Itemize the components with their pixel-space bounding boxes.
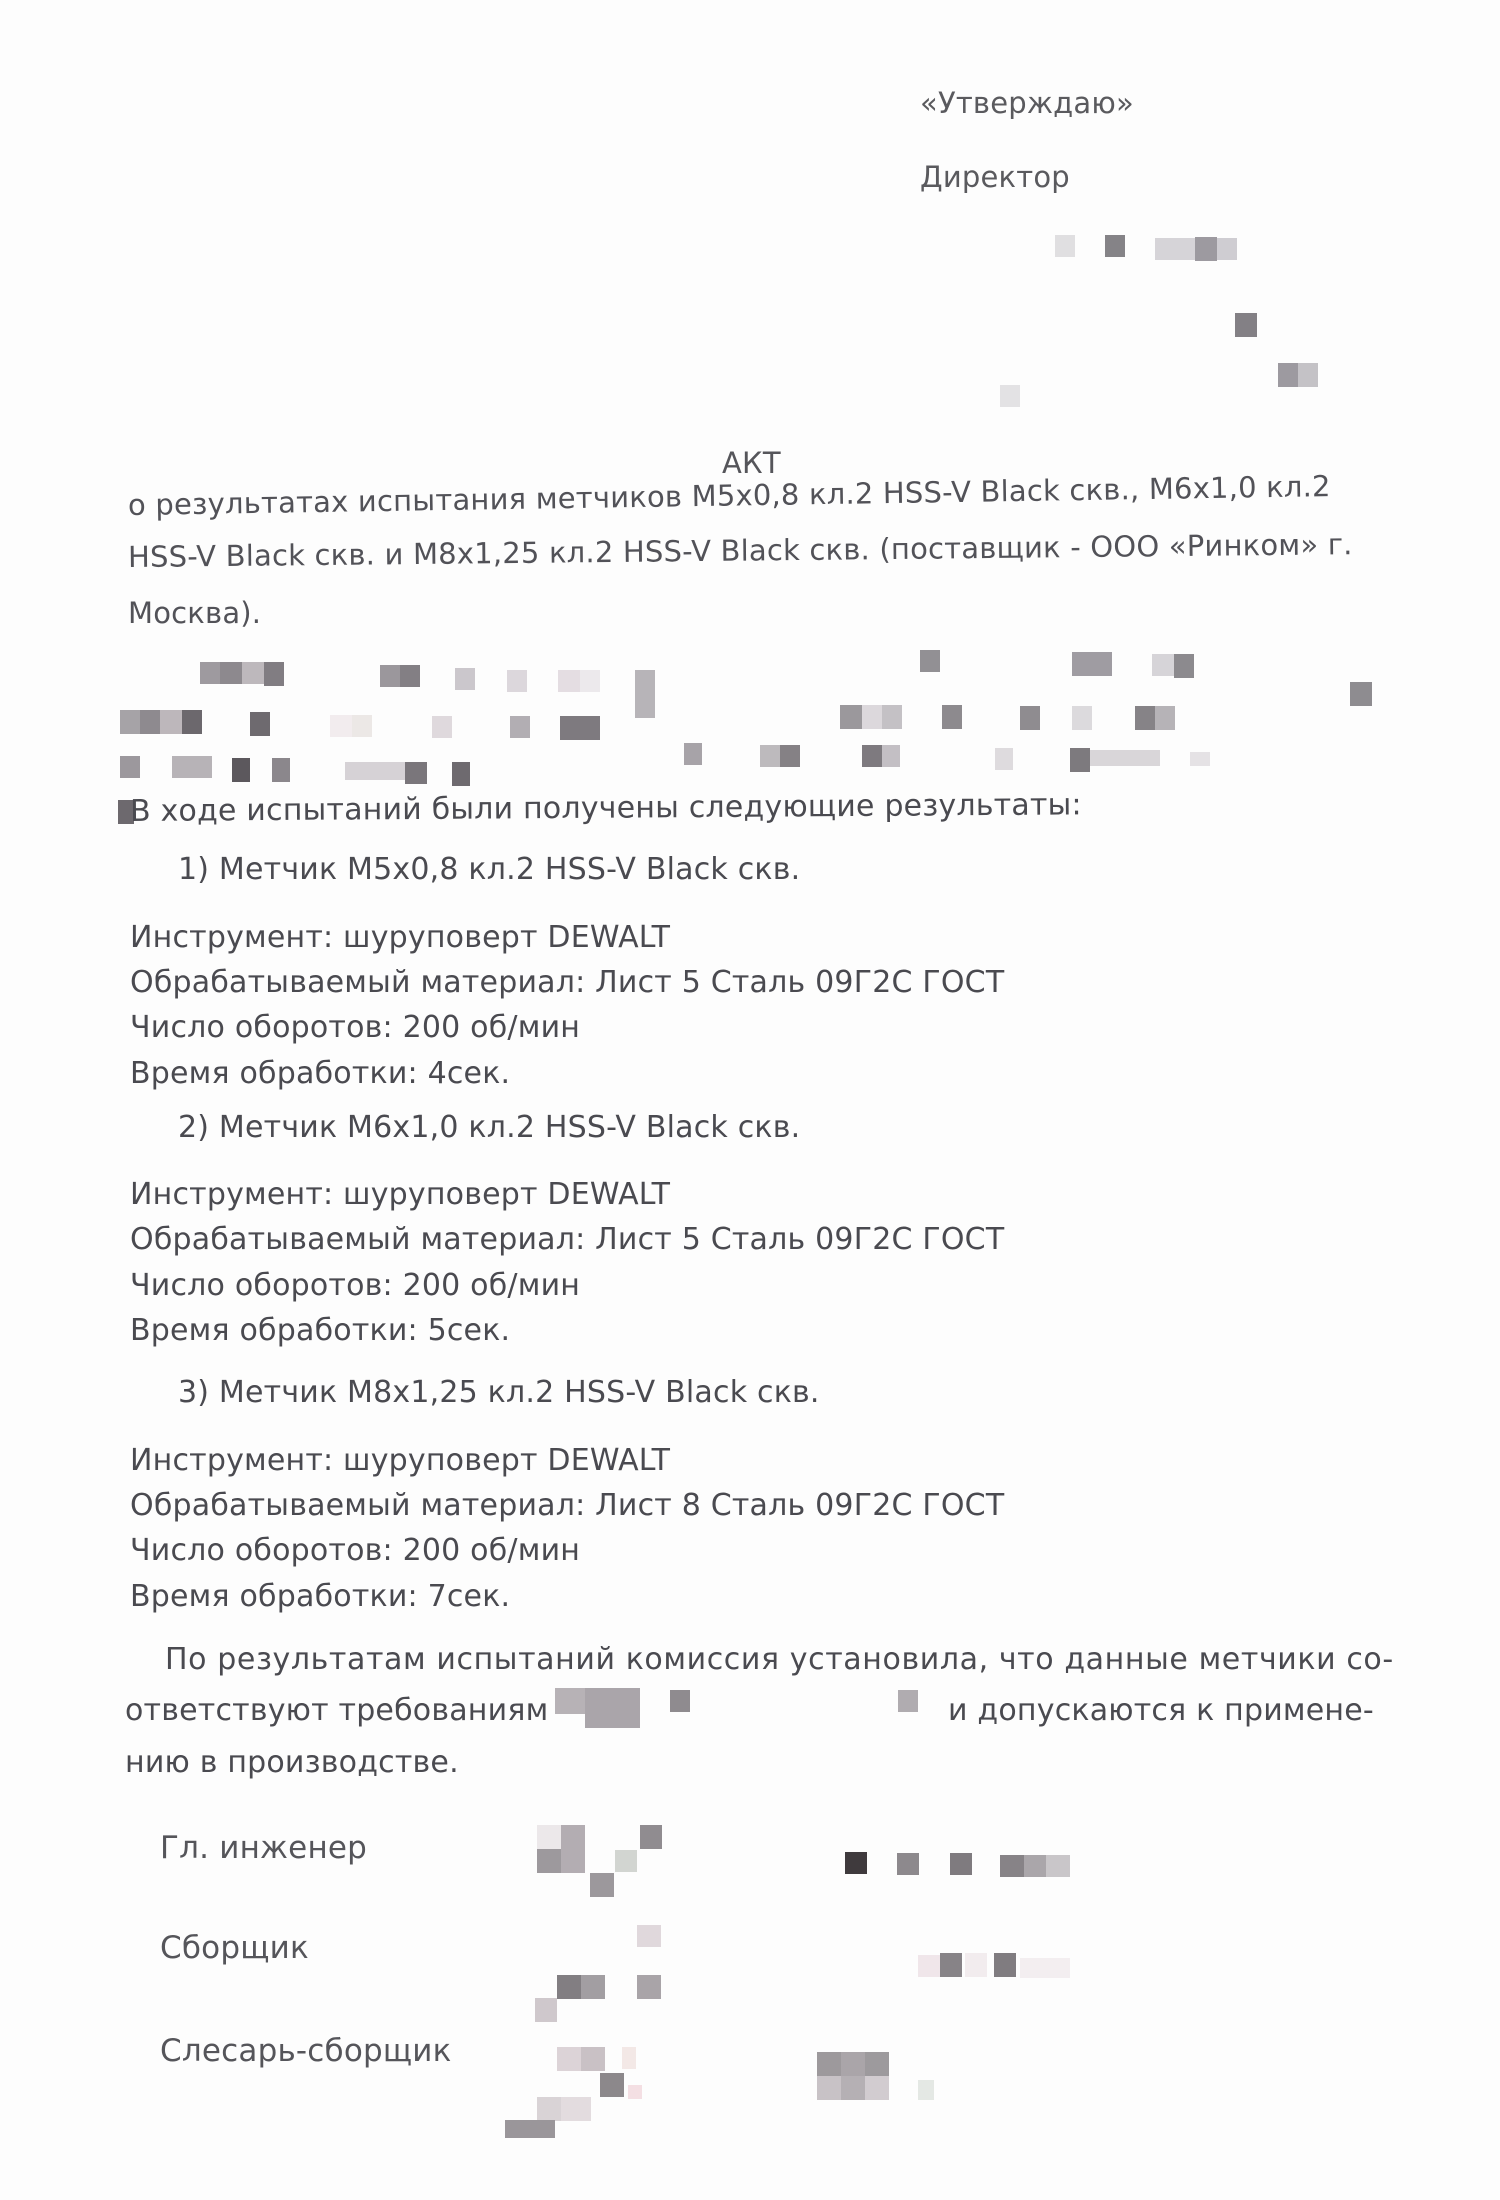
test-heading: 1) Метчик М5х0,8 кл.2 HSS-V Black скв. <box>178 852 800 887</box>
test-tool: Инструмент: шуруповерт DEWALT <box>130 1177 670 1212</box>
test-rpm: Число оборотов: 200 об/мин <box>130 1268 580 1303</box>
test-material: Обрабатываемый материал: Лист 5 Сталь 09… <box>130 965 1004 1000</box>
conclusion-line-2a: ответствуют требованиям <box>125 1693 548 1728</box>
test-heading: 2) Метчик М6х1,0 кл.2 HSS-V Black скв. <box>178 1110 800 1145</box>
conclusion-line-3: нию в производстве. <box>125 1745 459 1780</box>
test-material: Обрабатываемый материал: Лист 8 Сталь 09… <box>130 1488 1004 1523</box>
approval-stamp: «Утверждаю» <box>920 86 1134 120</box>
test-rpm: Число оборотов: 200 об/мин <box>130 1010 580 1045</box>
test-material: Обрабатываемый материал: Лист 5 Сталь 09… <box>130 1222 1004 1257</box>
test-time: Время обработки: 7сек. <box>130 1579 510 1614</box>
signature-role: Слесарь-сборщик <box>160 2033 452 2069</box>
test-time: Время обработки: 5сек. <box>130 1313 510 1348</box>
test-time: Время обработки: 4сек. <box>130 1056 510 1091</box>
test-heading: 3) Метчик М8х1,25 кл.2 HSS-V Black скв. <box>178 1375 820 1410</box>
subtitle-line-2: HSS-V Black скв. и М8х1,25 кл.2 HSS-V Bl… <box>128 517 1353 584</box>
conclusion-line-1: По результатам испытаний комиссия устано… <box>165 1642 1394 1677</box>
conclusion-line-2b: и допускаются к примене- <box>948 1693 1374 1728</box>
results-intro: В ходе испытаний были получены следующие… <box>130 787 1082 829</box>
signature-role: Гл. инженер <box>160 1830 367 1866</box>
approval-position: Директор <box>920 160 1070 194</box>
test-tool: Инструмент: шуруповерт DEWALT <box>130 1443 670 1478</box>
subtitle-line-3: Москва). <box>128 586 261 640</box>
signature-role: Сборщик <box>160 1930 309 1966</box>
test-tool: Инструмент: шуруповерт DEWALT <box>130 920 670 955</box>
redacted-standard <box>555 1688 585 1714</box>
test-rpm: Число оборотов: 200 об/мин <box>130 1533 580 1568</box>
